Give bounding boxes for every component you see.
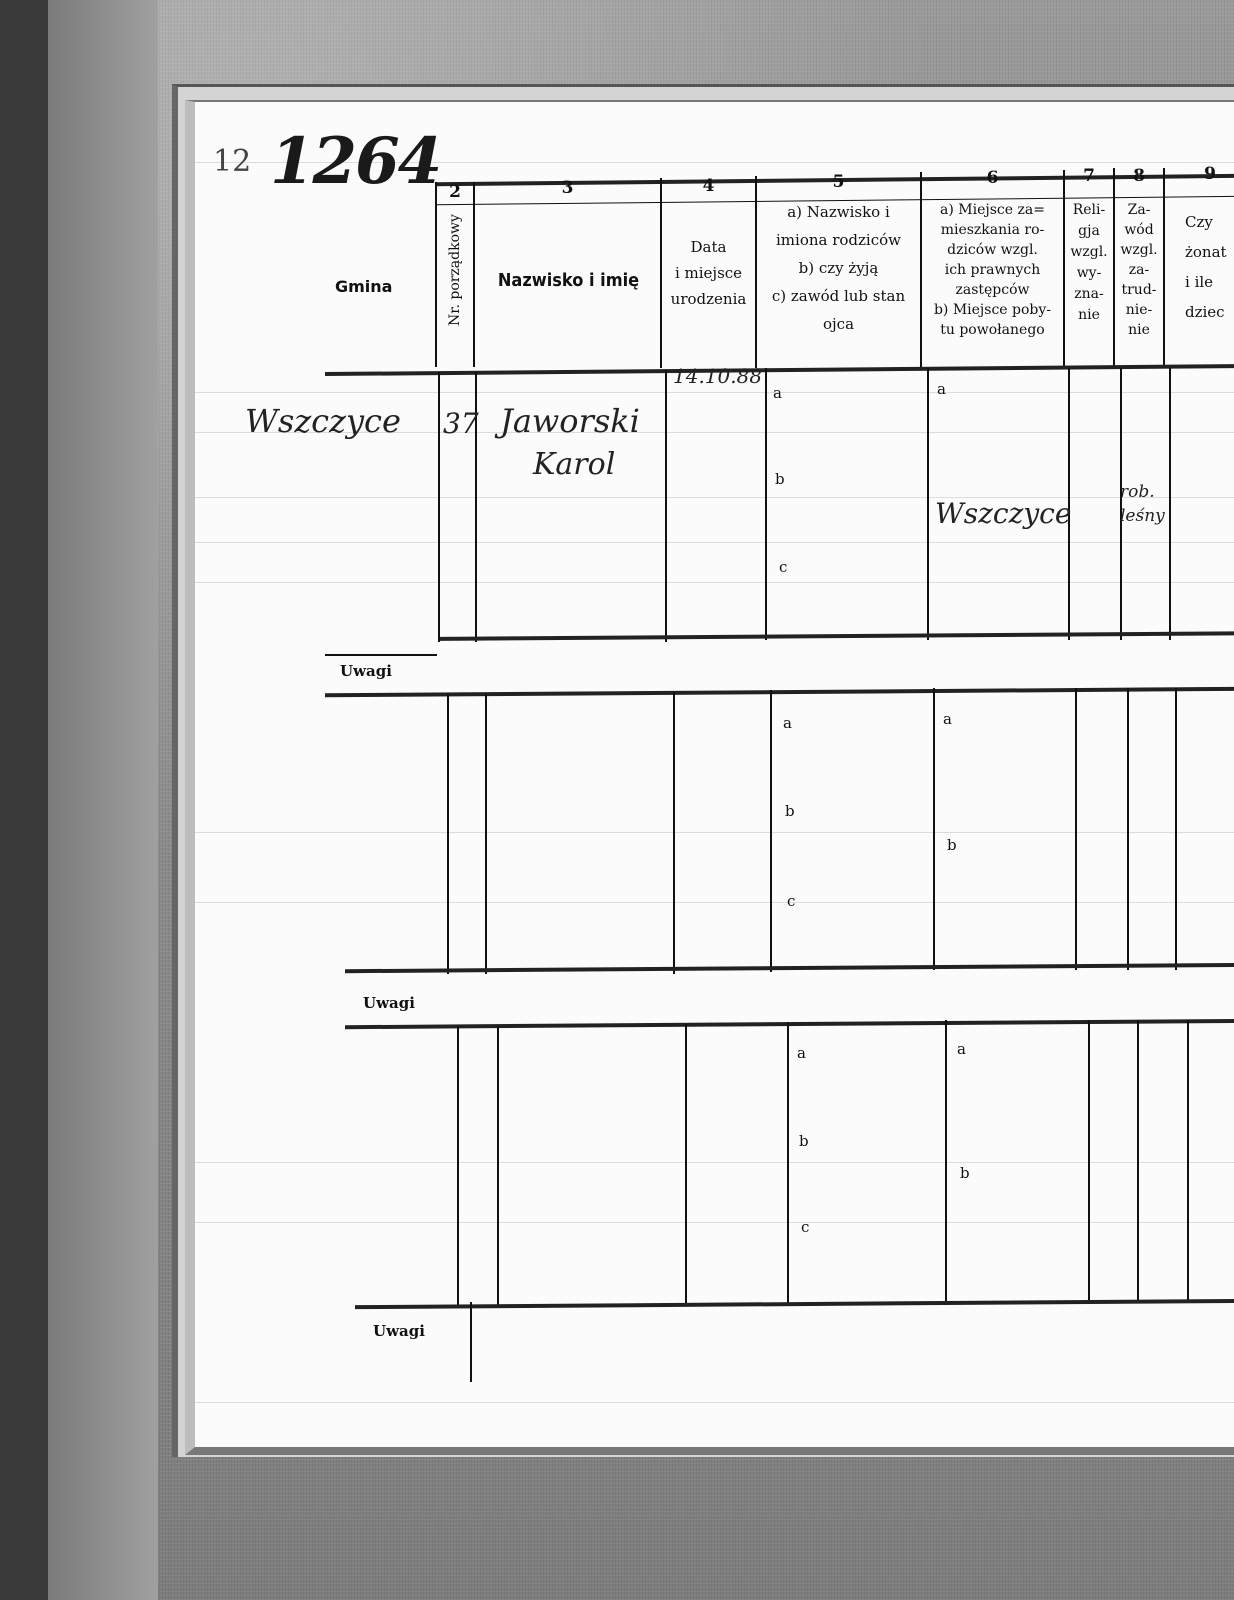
binding-shadow bbox=[0, 0, 48, 1600]
colnum-5: 5 bbox=[757, 172, 920, 192]
header-nr-porzadkowy: Nr. porządkowy bbox=[447, 205, 463, 335]
colnum-9: 9 bbox=[1165, 164, 1234, 184]
colnum-4: 4 bbox=[662, 176, 755, 196]
entry1-birth-date: 14.10.88 bbox=[673, 364, 762, 388]
entry1-given-name: Karol bbox=[533, 447, 615, 482]
binding-edge bbox=[48, 0, 158, 1600]
entry1-occupation: rob. leśny bbox=[1120, 480, 1170, 528]
sheet-number-large: 1264 bbox=[270, 124, 440, 199]
colnum-3: 3 bbox=[475, 178, 660, 198]
entry1-nr: 37 bbox=[443, 407, 479, 440]
header-col4: Data i miejsce urodzenia bbox=[662, 237, 755, 309]
entry1-remarks-label: Uwagi bbox=[340, 662, 392, 680]
register-page: 12 1264 2 3 4 5 6 7 8 9 Gmina Nr. porząd… bbox=[185, 100, 1234, 1455]
colnum-6: 6 bbox=[922, 168, 1063, 188]
header-col8: Za- wód wzgl. za- trud- nie- nie bbox=[1115, 200, 1163, 340]
header-col6: a) Miejsce za= mieszkania ro- dziców wzg… bbox=[922, 200, 1063, 340]
sheet-number-small: 12 bbox=[213, 144, 251, 179]
entry1-gmina: Wszczyce bbox=[245, 402, 401, 440]
header-col9: Czy żonat i ile dziec bbox=[1185, 207, 1234, 327]
header-gmina: Gmina bbox=[335, 277, 392, 296]
entry2-remarks-label: Uwagi bbox=[363, 994, 415, 1012]
entry3-remarks-label: Uwagi bbox=[373, 1322, 425, 1340]
header-bottom-rule bbox=[325, 364, 1234, 376]
header-col5: a) Nazwisko i imiona rodziców b) czy żyj… bbox=[757, 198, 920, 338]
header-nazwisko-imie: Nazwisko i imię bbox=[477, 270, 660, 291]
colnum-8: 8 bbox=[1115, 166, 1163, 186]
header-col7: Reli- gja wzgl. wy- zna- nie bbox=[1065, 200, 1113, 326]
entry1-residence-b: Wszczyce bbox=[935, 497, 1071, 530]
colnum-7: 7 bbox=[1065, 166, 1113, 186]
colnum-2: 2 bbox=[437, 182, 473, 202]
entry1-surname: Jaworski bbox=[500, 402, 640, 440]
